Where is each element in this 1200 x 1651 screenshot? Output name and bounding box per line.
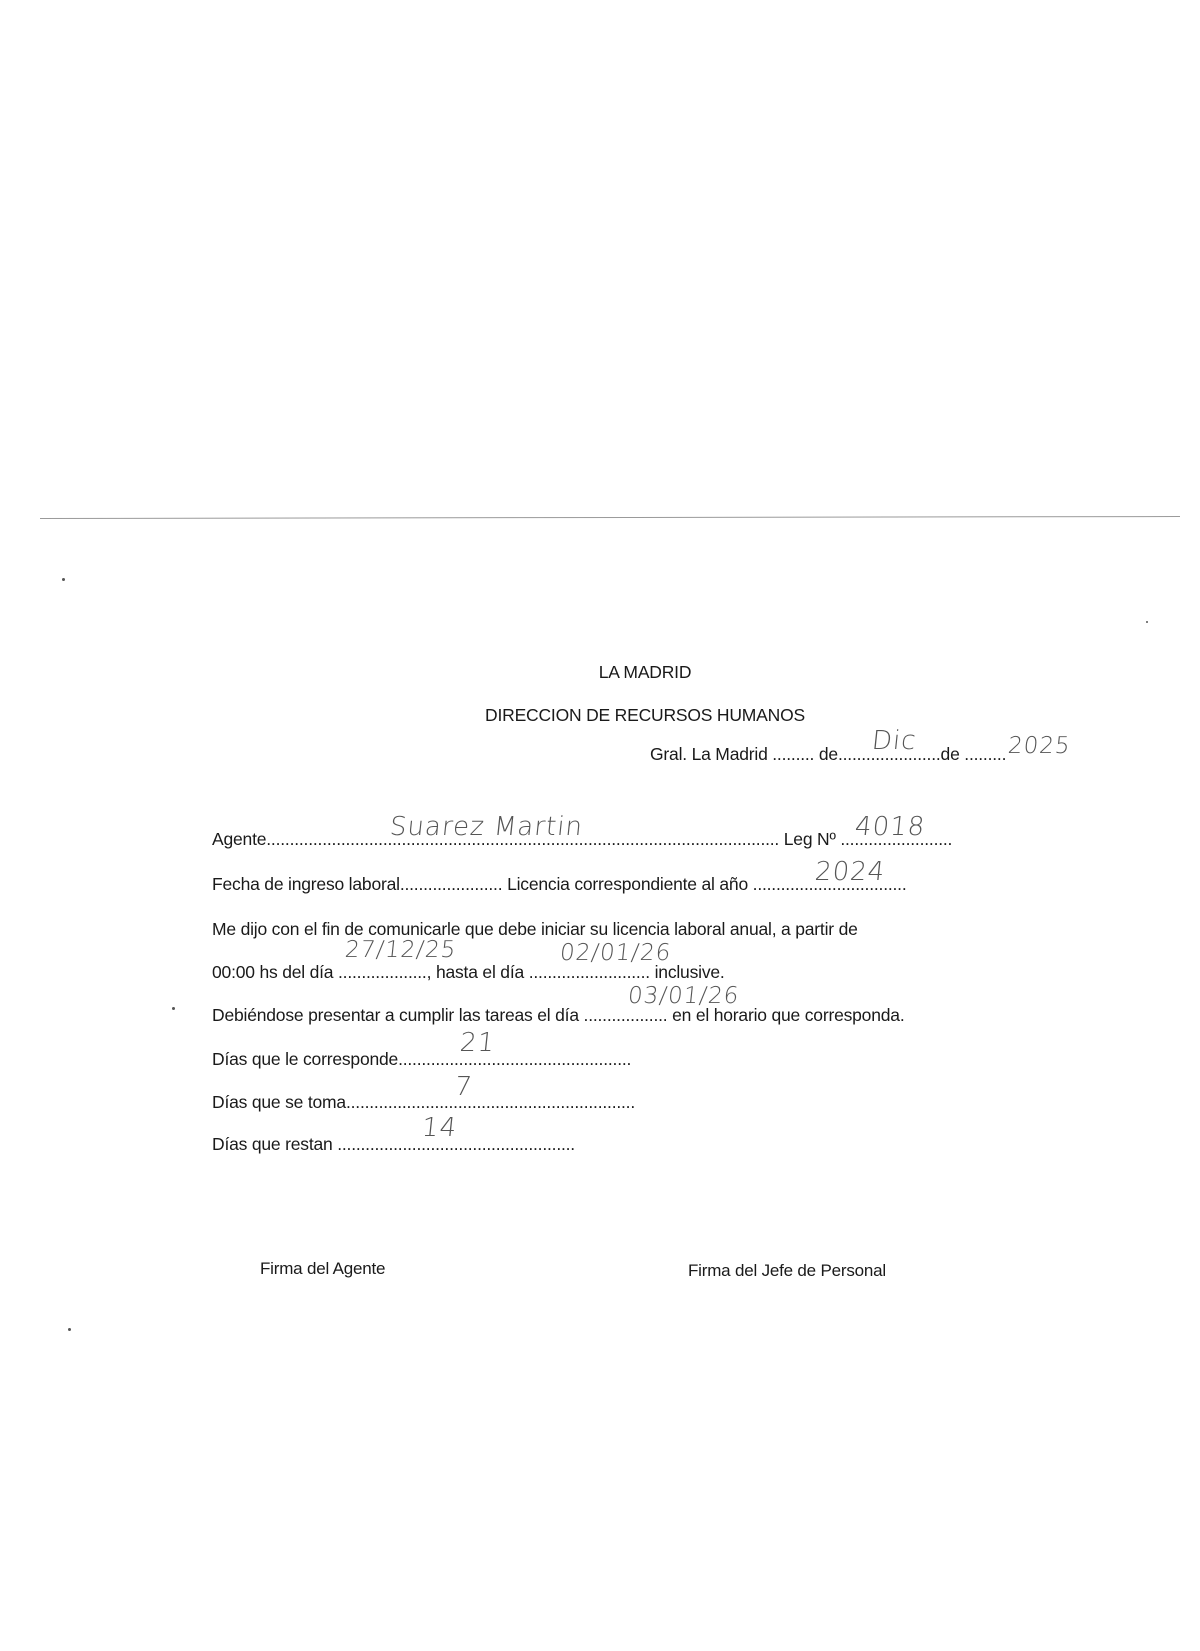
presentar-row: Debiéndose presentar a cumplir las tarea…	[212, 1005, 904, 1026]
scan-speck	[62, 578, 65, 581]
dias-corresponde-label: Días que le corresponde.................…	[212, 1049, 631, 1070]
handwritten-month: Dic	[870, 726, 918, 756]
scan-speck	[68, 1328, 71, 1331]
desde-prefix: 00:00 hs del día	[212, 962, 333, 982]
presentar-prefix: Debiéndose presentar a cumplir las tarea…	[212, 1005, 579, 1025]
scan-speck	[172, 1007, 175, 1010]
licencia-label: Licencia correspondiente al año	[507, 874, 748, 894]
date-prefix: Gral. La Madrid ......... de	[650, 744, 838, 764]
date-line: Gral. La Madrid ......... de............…	[650, 744, 1006, 765]
handwritten-dias-corresponde: 21	[458, 1028, 496, 1058]
dias-toma-label: Días que se toma........................…	[212, 1092, 635, 1113]
date-year-dots: .........	[964, 744, 1006, 764]
me-dijo-text: Me dijo con el fin de comunicarle que de…	[212, 919, 858, 940]
handwritten-leg-number: 4018	[853, 812, 926, 842]
leg-label: Leg Nº	[784, 829, 836, 849]
hasta-label: hasta el día	[436, 962, 524, 982]
organization-title: LA MADRID	[0, 662, 1200, 683]
presentar-dots: ..................	[584, 1005, 668, 1025]
firma-jefe-label: Firma del Jefe de Personal	[688, 1261, 886, 1281]
date-de: de	[941, 744, 960, 764]
desde-hasta-row: 00:00 hs del día ..................., ha…	[212, 962, 725, 983]
hasta-dots: ..........................	[529, 962, 650, 982]
presentar-suffix: en el horario que corresponda.	[672, 1005, 904, 1025]
fecha-licencia-row: Fecha de ingreso laboral................…	[212, 874, 907, 895]
handwritten-dias-toma: 7	[453, 1072, 474, 1102]
scan-speck	[1146, 621, 1148, 623]
page-divider-rule	[40, 516, 1180, 519]
firma-agente-label: Firma del Agente	[260, 1259, 385, 1279]
dias-restan-label: Días que restan ........................…	[212, 1134, 575, 1155]
inclusive-label: inclusive.	[655, 962, 725, 982]
desde-dots: ...................,	[338, 962, 431, 982]
handwritten-dias-restan: 14	[420, 1113, 458, 1143]
handwritten-licencia-year: 2024	[813, 857, 886, 887]
fecha-ingreso-label: Fecha de ingreso laboral................…	[212, 874, 502, 894]
agente-label: Agente	[212, 829, 266, 849]
handwritten-agente-name: Suarez Martin	[388, 812, 584, 842]
handwritten-desde-date: 27/12/25	[344, 937, 458, 963]
department-title: DIRECCION DE RECURSOS HUMANOS	[0, 705, 1200, 726]
handwritten-year: 2025	[1007, 733, 1072, 759]
